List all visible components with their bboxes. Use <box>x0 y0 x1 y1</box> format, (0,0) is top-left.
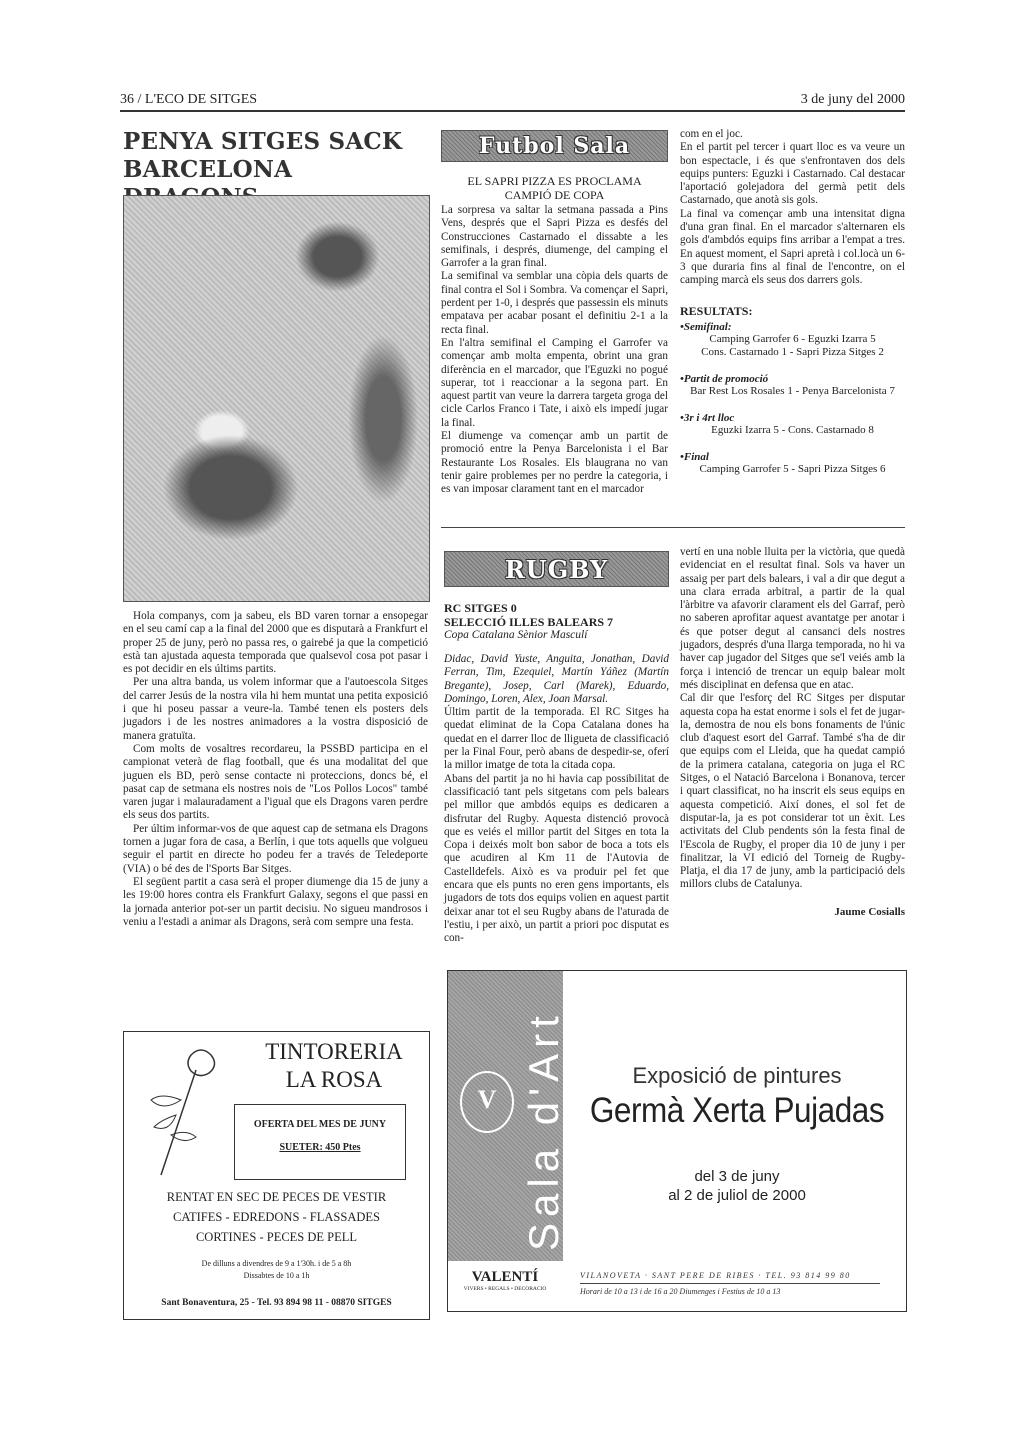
title-line: EL SAPRI PIZZA ES PROCLAMA <box>441 174 668 188</box>
score-line: RC SITGES 0 <box>444 601 669 615</box>
result-line: Camping Garrofer 5 - Sapri Pizza Sitges … <box>680 463 905 476</box>
hours-line: Dissabtes de 10 a 1h <box>124 1270 429 1282</box>
hours-line: De dilluns a divendres de 9 a 1'30h. i d… <box>124 1258 429 1270</box>
tintoreria-ad: TINTORERIA LA ROSA OFERTA DEL MES DE JUN… <box>123 1031 430 1320</box>
competition-name: Copa Catalana Sènior Masculí <box>444 629 669 641</box>
date-line: al 2 de juliol de 2000 <box>568 1186 906 1205</box>
football-photo <box>123 195 430 602</box>
result-line: Camping Garrofer 6 - Eguzki Izarra 5 <box>680 333 905 346</box>
sala-art-vertical-title: Sala d'Art <box>520 1010 568 1251</box>
paragraph: Hola companys, com ja sabeu, els BD vare… <box>123 610 428 676</box>
result-line: Eguzki Izarra 5 - Cons. Castarnado 8 <box>680 424 905 437</box>
paragraph: En l'altra semifinal el Camping el Garro… <box>441 337 668 430</box>
offer-box: OFERTA DEL MES DE JUNY SUETER: 450 Ptes <box>234 1104 406 1180</box>
paragraph: El següent partit a casa serà el proper … <box>123 876 428 929</box>
brand-tagline: VIVERS • REGALS • DECORACIO <box>460 1286 550 1292</box>
team-lineup: Didac, David Yuste, Anguita, Jonathan, D… <box>444 653 669 706</box>
paragraph: En el partit pel tercer i quart lloc es … <box>680 141 905 207</box>
sala-art-footer: VILANOVETA · SANT PERE DE RIBES · TEL. 9… <box>580 1271 880 1296</box>
rose-icon <box>136 1040 226 1180</box>
service-line: CATIFES - EDREDONS - FLASSADES <box>124 1207 429 1227</box>
issue-date: 3 de juny del 2000 <box>801 92 905 108</box>
title-line: TINTORERIA <box>244 1038 424 1066</box>
title-line: CAMPIÓ DE COPA <box>441 188 668 202</box>
date-line: del 3 de juny <box>568 1167 906 1186</box>
service-line: RENTAT EN SEC DE PECES DE VESTIR <box>124 1187 429 1207</box>
paragraph: Últim partit de la temporada. El RC Sitg… <box>444 706 669 772</box>
services-list: RENTAT EN SEC DE PECES DE VESTIR CATIFES… <box>124 1187 429 1247</box>
score-line: SELECCIÓ ILLES BALEARS 7 <box>444 615 669 629</box>
service-line: CORTINES - PECES DE PELL <box>124 1227 429 1247</box>
page-header: 36 / L'ECO DE SITGES 3 de juny del 2000 <box>120 88 905 112</box>
rugby-section: RUGBY RC SITGES 0 SELECCIÓ ILLES BALEARS… <box>444 551 669 946</box>
tintoreria-title: TINTORERIA LA ROSA <box>244 1038 424 1094</box>
rugby-score: RC SITGES 0 SELECCIÓ ILLES BALEARS 7 <box>444 601 669 629</box>
offer-title: OFERTA DEL MES DE JUNY <box>235 1119 405 1130</box>
title-line: LA ROSA <box>244 1066 424 1094</box>
results-category: •Final <box>680 451 905 463</box>
opening-hours: De dilluns a divendres de 9 a 1'30h. i d… <box>124 1258 429 1282</box>
result-line: Cons. Castarnado 1 - Sapri Pizza Sitges … <box>680 346 905 359</box>
paragraph: La sorpresa va saltar la setmana passada… <box>441 204 668 270</box>
paragraph: Per últim informar-vos de que aquest cap… <box>123 823 428 876</box>
paragraph: com en el joc. <box>680 128 905 141</box>
paragraph: Per una altra banda, us volem informar q… <box>123 676 428 742</box>
page-number-publication: 36 / L'ECO DE SITGES <box>120 92 257 108</box>
exhibition-dates: del 3 de juny al 2 de juliol de 2000 <box>568 1167 906 1205</box>
hours-line: Horari de 10 a 13 i de 16 a 20 Diumenges… <box>580 1284 880 1296</box>
futbol-sala-body: La sorpresa va saltar la setmana passada… <box>441 204 668 497</box>
futbol-sala-col2: com en el joc. En el partit pel tercer i… <box>680 128 905 476</box>
results-box: RESULTATS: •Semifinal: Camping Garrofer … <box>680 304 905 476</box>
address: Sant Bonaventura, 25 - Tel. 93 894 98 11… <box>124 1298 429 1308</box>
paragraph: Cal dir que l'esforç del RC Sitges per d… <box>680 692 905 891</box>
paragraph: La final va començar amb una intensitat … <box>680 208 905 288</box>
rugby-banner: RUGBY <box>444 551 669 587</box>
dragons-article-body: Hola companys, com ja sabeu, els BD vare… <box>123 610 428 929</box>
offer-item: SUETER: 450 Ptes <box>235 1142 405 1153</box>
headline-line-1: PENYA SITGES SACK <box>123 128 433 156</box>
valenti-brand: VALENTÍ VIVERS • REGALS • DECORACIO <box>460 1269 550 1292</box>
paragraph: vertí en una noble lluita per la victòri… <box>680 546 905 692</box>
results-heading: RESULTATS: <box>680 304 905 319</box>
paragraph: Com molts de vosaltres recordareu, la PS… <box>123 743 428 823</box>
results-category: •Partit de promoció <box>680 373 905 385</box>
futbol-sala-title: EL SAPRI PIZZA ES PROCLAMA CAMPIÓ DE COP… <box>441 174 668 202</box>
artist-name: Germà Xerta Pujadas <box>585 1091 889 1131</box>
valenti-logo-icon: V <box>460 1071 514 1133</box>
results-category: •3r i 4rt lloc <box>680 412 905 424</box>
brand-name: VALENTÍ <box>460 1269 550 1286</box>
exhibition-label: Exposició de pintures <box>568 1063 906 1089</box>
author-byline: Jaume Cosialls <box>680 906 905 918</box>
section-divider <box>441 527 905 528</box>
futbol-sala-section: Futbol Sala EL SAPRI PIZZA ES PROCLAMA C… <box>441 130 668 497</box>
rugby-col2: vertí en una noble lluita per la victòri… <box>680 546 905 918</box>
result-line: Bar Rest Los Rosales 1 - Penya Barceloni… <box>680 385 905 398</box>
paragraph: El diumenge va començar amb un partit de… <box>441 430 668 496</box>
paragraph: La semifinal va semblar una còpia dels q… <box>441 270 668 336</box>
sala-art-ad: Sala d'Art V Exposició de pintures Germà… <box>447 970 907 1312</box>
contact-line: VILANOVETA · SANT PERE DE RIBES · TEL. 9… <box>580 1271 880 1284</box>
paragraph: Abans del partit ja no hi havia cap poss… <box>444 773 669 946</box>
results-category: •Semifinal: <box>680 321 905 333</box>
futbol-sala-banner: Futbol Sala <box>441 130 668 162</box>
